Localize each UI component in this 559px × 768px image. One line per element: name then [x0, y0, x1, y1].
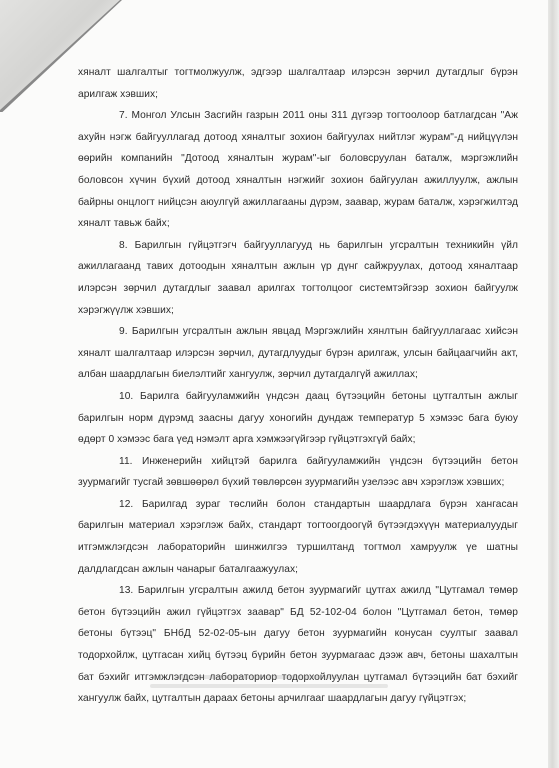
paragraph-9: 9. Барилгын угсралтын ажлын явцад Мэргэж… — [78, 321, 518, 386]
paragraph-7: 7. Монгол Улсын Засгийн газрын 2011 оны … — [78, 105, 518, 235]
paragraph-11: 11. Инженерийн хийцтэй барилга байгуулам… — [78, 451, 518, 494]
page-edge — [548, 0, 559, 768]
paragraph-12: 12. Барилгад зураг төслийн болон стандар… — [78, 494, 518, 580]
paragraph-10: 10. Барилга байгууламжийн үндсэн даац бү… — [78, 386, 518, 451]
paragraph-8: 8. Барилгын гүйцэтгэгч байгууллагууд нь … — [78, 235, 518, 321]
document-body: хяналт шалгалтыг тогтмолжуулж, эдгээр ша… — [78, 62, 518, 710]
paragraph-6-continued: хяналт шалгалтыг тогтмолжуулж, эдгээр ша… — [78, 62, 518, 105]
scanned-page: хяналт шалгалтыг тогтмолжуулж, эдгээр ша… — [0, 0, 548, 768]
bleed-through-text — [150, 670, 400, 702]
